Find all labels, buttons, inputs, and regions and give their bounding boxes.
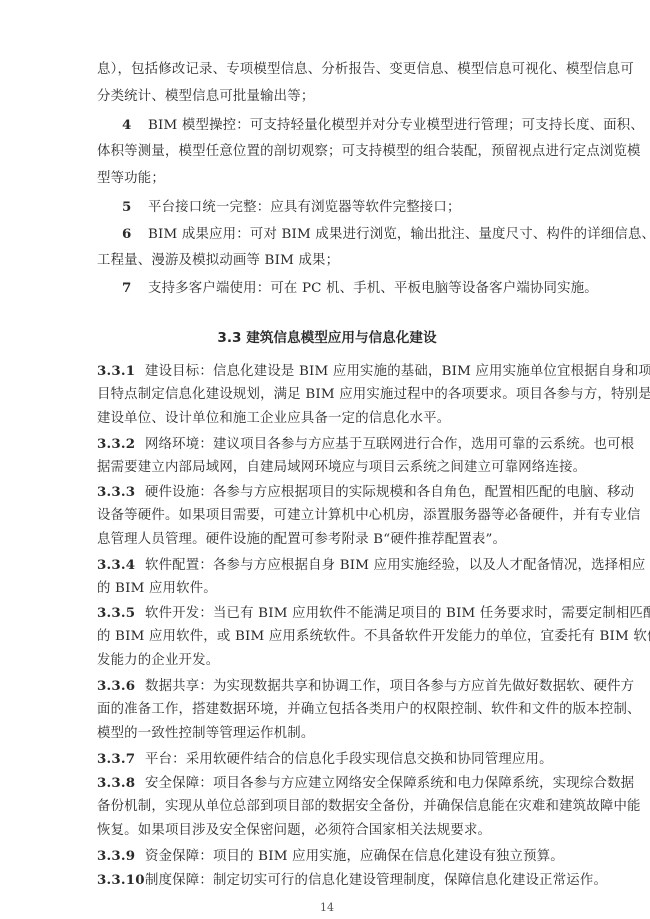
clause-3-3-4: 3.3.4软件配置：各参与方应根据自身 BIM 应用实施经验，以及人才配备情况，… xyxy=(97,555,645,576)
clause-3-3-1: 3.3.1建设目标：信息化建设是 BIM 应用实施的基础，BIM 应用实施单位宜… xyxy=(97,361,650,382)
clause-number: 3.3.6 xyxy=(97,676,145,696)
list-item-7: 7支持多客户端使用：可在 PC 机、手机、平板电脑等设备客户端协同实施。 xyxy=(122,278,598,299)
clause-3-3-5: 3.3.5软件开发：当已有 BIM 应用软件不能满足项目的 BIM 任务要求时，… xyxy=(97,603,650,624)
paragraph-line: 模型的一致性控制等管理运作机制。 xyxy=(97,724,314,744)
paragraph-line: 建设单位、设计单位和施工企业应具备一定的信息化水平。 xyxy=(97,409,450,429)
paragraph-line: 面的准备工作，搭建数据环境，并确立包括各类用户的权限控制、软件和文件的版本控制、 xyxy=(97,700,641,720)
list-item-6: 6BIM 成果应用：可对 BIM 成果进行浏览，输出批注、量度尺寸、构件的详细信… xyxy=(122,224,650,245)
list-item-number: 6 xyxy=(122,224,148,244)
clause-number: 3.3.5 xyxy=(97,603,145,623)
clause-3-3-8: 3.3.8安全保障：项目各参与方应建立网络安全保障系统和电力保障系统，实现综合数… xyxy=(97,773,634,794)
paragraph-line: 恢复。如果项目涉及安全保密问题，必须符合国家相关法规要求。 xyxy=(97,821,491,841)
clause-number: 3.3.2 xyxy=(97,434,145,454)
paragraph-line: 发能力的企业开发。 xyxy=(97,651,219,671)
list-item-number: 4 xyxy=(122,115,148,135)
paragraph-line: 目特点制定信息化建设规划，满足 BIM 应用实施过程中的各项要求。项目各参与方，… xyxy=(97,385,650,405)
clause-text: 资金保障：项目的 BIM 应用实施，应确保在信息化建设有独立预算。 xyxy=(145,849,564,864)
clause-text: 数据共享：为实现数据共享和协调工作，项目各参与方应首先做好数据软、硬件方 xyxy=(145,679,634,694)
clause-text: 软件配置：各参与方应根据自身 BIM 应用实施经验，以及人才配备情况，选择相应 xyxy=(145,558,645,573)
list-item-text: BIM 模型操控：可支持轻量化模型并对分专业模型进行管理；可支持长度、面积、 xyxy=(148,118,644,133)
clause-number: 3.3.1 xyxy=(97,361,145,381)
list-item-number: 7 xyxy=(122,278,148,298)
list-item-number: 5 xyxy=(122,197,148,217)
list-item-4: 4BIM 模型操控：可支持轻量化模型并对分专业模型进行管理；可支持长度、面积、 xyxy=(122,115,644,136)
clause-3-3-7: 3.3.7平台：采用软硬件结合的信息化手段实现信息交换和协同管理应用。 xyxy=(97,749,553,770)
clause-3-3-6: 3.3.6数据共享：为实现数据共享和协调工作，项目各参与方应首先做好数据软、硬件… xyxy=(97,676,634,697)
paragraph-line: 息），包括修改记录、专项模型信息、分析报告、变更信息、模型信息可视化、模型信息可 xyxy=(97,60,634,80)
clause-number: 3.3.8 xyxy=(97,773,145,793)
paragraph-line: 工程量、漫游及模拟动画等 BIM 成果； xyxy=(97,251,339,271)
paragraph-line: 备份机制，实现从单位总部到项目部的数据安全备份，并确保信息能在灾难和建筑故障中能 xyxy=(97,797,641,817)
clause-number: 3.3.7 xyxy=(97,749,145,769)
clause-text: 硬件设施：各参与方应根据项目的实际规模和各自角色，配置相匹配的电脑、移动 xyxy=(145,485,634,500)
page-number: 14 xyxy=(97,901,557,914)
list-item-text: 支持多客户端使用：可在 PC 机、手机、平板电脑等设备客户端协同实施。 xyxy=(148,281,598,296)
list-item-text: BIM 成果应用：可对 BIM 成果进行浏览，输出批注、量度尺寸、构件的详细信息… xyxy=(148,227,650,242)
clause-text: 安全保障：项目各参与方应建立网络安全保障系统和电力保障系统，实现综合数据 xyxy=(145,776,634,791)
section-heading: 3.3 建筑信息模型应用与信息化建设 xyxy=(97,326,557,346)
clause-3-3-2: 3.3.2网络环境：建议项目各参与方应基于互联网进行合作，选用可靠的云系统。也可… xyxy=(97,434,634,455)
clause-3-3-10: 3.3.10制度保障：制定切实可行的信息化建设管理制度，保障信息化建设正常运作。 xyxy=(97,870,607,891)
clause-text: 建设目标：信息化建设是 BIM 应用实施的基础，BIM 应用实施单位宜根据自身和… xyxy=(145,364,650,379)
clause-number: 3.3.3 xyxy=(97,482,145,502)
paragraph-line: 分类统计、模型信息可批量输出等； xyxy=(97,87,314,107)
paragraph-line: 型等功能； xyxy=(97,169,165,189)
clause-text: 软件开发：当已有 BIM 应用软件不能满足项目的 BIM 任务要求时，需要定制相… xyxy=(145,606,650,621)
list-item-text: 平台接口统一完整：应具有浏览器等软件完整接口； xyxy=(148,200,461,215)
clause-3-3-3: 3.3.3硬件设施：各参与方应根据项目的实际规模和各自角色，配置相匹配的电脑、移… xyxy=(97,482,634,503)
clause-text: 制度保障：制定切实可行的信息化建设管理制度，保障信息化建设正常运作。 xyxy=(145,873,607,888)
clause-text: 平台：采用软硬件结合的信息化手段实现信息交换和协同管理应用。 xyxy=(145,752,553,767)
paragraph-line: 的 BIM 应用软件，或 BIM 应用系统软件。不具备软件开发能力的单位，宜委托… xyxy=(97,627,650,647)
clause-text: 网络环境：建议项目各参与方应基于互联网进行合作，选用可靠的云系统。也可根 xyxy=(145,437,634,452)
clause-number: 3.3.9 xyxy=(97,846,145,866)
paragraph-line: 设备等硬件。如果项目需要，可建立计算机中心机房，添置服务器等必备硬件，并有专业信 xyxy=(97,506,641,526)
paragraph-line: 息管理人员管理。硬件设施的配置可参考附录 B“硬件推荐配置表”。 xyxy=(97,530,506,550)
clause-3-3-9: 3.3.9资金保障：项目的 BIM 应用实施，应确保在信息化建设有独立预算。 xyxy=(97,846,564,867)
list-item-5: 5平台接口统一完整：应具有浏览器等软件完整接口； xyxy=(122,197,461,218)
paragraph-line: 的 BIM 应用软件。 xyxy=(97,579,217,599)
clause-number: 3.3.10 xyxy=(97,870,145,890)
paragraph-line: 据需要建立内部局域网，自建局域网环境应与项目云系统之间建立可靠网络连接。 xyxy=(97,458,586,478)
clause-number: 3.3.4 xyxy=(97,555,145,575)
paragraph-line: 体积等测量，模型任意位置的剖切观察；可支持模型的组合装配，预留视点进行定点浏览模 xyxy=(97,142,641,162)
